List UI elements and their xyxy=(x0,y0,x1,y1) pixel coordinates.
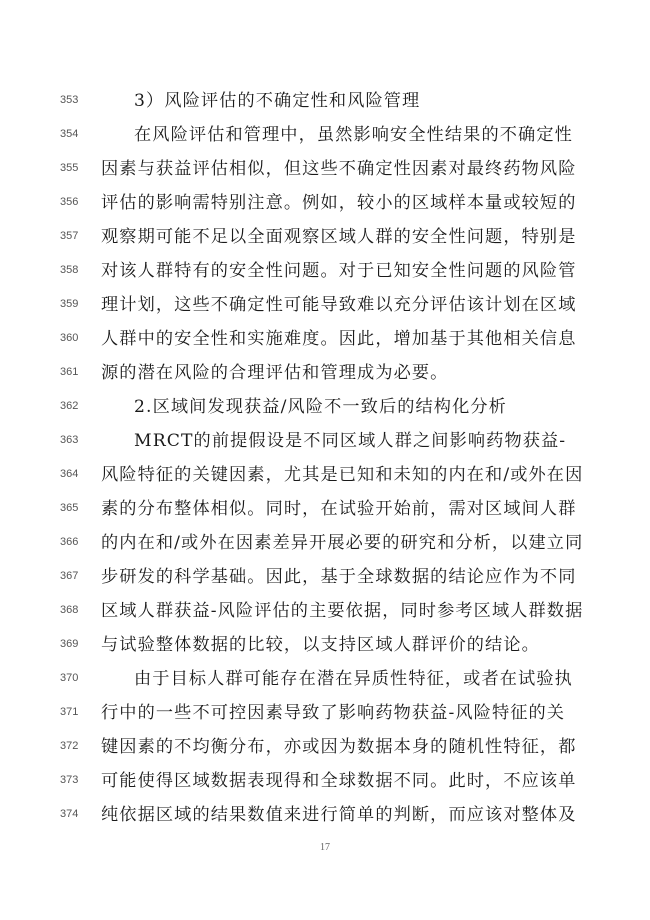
paragraph-text: 由于目标人群可能存在潜在异质性特征，或者在试验执 xyxy=(134,662,634,696)
line-number: 363 xyxy=(60,434,100,446)
paragraph-text: 对该人群特有的安全性问题。对于已知安全性问题的风险管 xyxy=(101,254,601,288)
document-line: 360 人群中的安全性和实施难度。因此，增加基于其他相关信息 xyxy=(0,322,650,356)
paragraph-text: 可能使得区域数据表现得和全球数据不同。此时，不应该单 xyxy=(101,764,601,798)
paragraph-text: 区域人群获益-风险评估的主要依据，同时参考区域人群数据 xyxy=(101,594,601,628)
document-line: 367 步研发的科学基础。因此，基于全球数据的结论应作为不同 xyxy=(0,560,650,594)
paragraph-text: 素的分布整体相似。同时，在试验开始前，需对区域间人群 xyxy=(101,492,601,526)
document-line: 372 键因素的不均衡分布，亦或因为数据本身的随机性特征，都 xyxy=(0,730,650,764)
paragraph-text: 风险特征的关键因素，尤其是已知和未知的内在和/或外在因 xyxy=(101,458,601,492)
document-line: 353 3）风险评估的不确定性和风险管理 xyxy=(0,84,650,118)
line-number: 368 xyxy=(60,604,100,616)
paragraph-text: 键因素的不均衡分布，亦或因为数据本身的随机性特征，都 xyxy=(101,730,601,764)
paragraph-text: 人群中的安全性和实施难度。因此，增加基于其他相关信息 xyxy=(101,322,601,356)
document-line: 356 评估的影响需特别注意。例如，较小的区域样本量或较短的 xyxy=(0,186,650,220)
line-number: 371 xyxy=(60,706,100,718)
document-page: 353 3）风险评估的不确定性和风险管理 354 在风险评估和管理中，虽然影响安… xyxy=(0,0,650,920)
paragraph-text: 在风险评估和管理中，虽然影响安全性结果的不确定性 xyxy=(134,118,634,152)
line-number: 362 xyxy=(60,400,100,412)
document-line: 363 MRCT的前提假设是不同区域人群之间影响药物获益- xyxy=(0,424,650,458)
line-number: 357 xyxy=(60,230,100,242)
line-number: 353 xyxy=(60,94,100,106)
page-number: 17 xyxy=(0,842,650,853)
document-line: 374 纯依据区域的结果数值来进行简单的判断，而应该对整体及 xyxy=(0,798,650,832)
line-number: 373 xyxy=(60,774,100,786)
document-line: 354 在风险评估和管理中，虽然影响安全性结果的不确定性 xyxy=(0,118,650,152)
paragraph-text: 观察期可能不足以全面观察区域人群的安全性问题，特别是 xyxy=(101,220,601,254)
line-number: 361 xyxy=(60,366,100,378)
section-heading: 3）风险评估的不确定性和风险管理 xyxy=(134,84,634,118)
document-line: 371 行中的一些不可控因素导致了影响药物获益-风险特征的关 xyxy=(0,696,650,730)
paragraph-text: 评估的影响需特别注意。例如，较小的区域样本量或较短的 xyxy=(101,186,601,220)
paragraph-text: 因素与获益评估相似，但这些不确定性因素对最终药物风险 xyxy=(101,152,601,186)
document-line: 364 风险特征的关键因素，尤其是已知和未知的内在和/或外在因 xyxy=(0,458,650,492)
document-line: 358 对该人群特有的安全性问题。对于已知安全性问题的风险管 xyxy=(0,254,650,288)
document-line: 365 素的分布整体相似。同时，在试验开始前，需对区域间人群 xyxy=(0,492,650,526)
line-number: 365 xyxy=(60,502,100,514)
section-heading: 2.区域间发现获益/风险不一致后的结构化分析 xyxy=(134,390,634,424)
line-number: 354 xyxy=(60,128,100,140)
document-line: 366 的内在和/或外在因素差异开展必要的研究和分析，以建立同 xyxy=(0,526,650,560)
line-number: 366 xyxy=(60,536,100,548)
document-line: 368 区域人群获益-风险评估的主要依据，同时参考区域人群数据 xyxy=(0,594,650,628)
paragraph-text: 纯依据区域的结果数值来进行简单的判断，而应该对整体及 xyxy=(101,798,601,832)
line-number: 364 xyxy=(60,468,100,480)
document-line: 361 源的潜在风险的合理评估和管理成为必要。 xyxy=(0,356,650,390)
document-line: 370 由于目标人群可能存在潜在异质性特征，或者在试验执 xyxy=(0,662,650,696)
line-number: 370 xyxy=(60,672,100,684)
paragraph-text: MRCT的前提假设是不同区域人群之间影响药物获益- xyxy=(134,424,634,458)
document-line: 357 观察期可能不足以全面观察区域人群的安全性问题，特别是 xyxy=(0,220,650,254)
document-line: 359 理计划，这些不确定性可能导致难以充分评估该计划在区域 xyxy=(0,288,650,322)
paragraph-text: 步研发的科学基础。因此，基于全球数据的结论应作为不同 xyxy=(101,560,601,594)
paragraph-text: 的内在和/或外在因素差异开展必要的研究和分析，以建立同 xyxy=(101,526,601,560)
paragraph-text: 与试验整体数据的比较，以支持区域人群评价的结论。 xyxy=(101,628,601,662)
line-number: 372 xyxy=(60,740,100,752)
line-number: 367 xyxy=(60,570,100,582)
document-line: 362 2.区域间发现获益/风险不一致后的结构化分析 xyxy=(0,390,650,424)
paragraph-text: 理计划，这些不确定性可能导致难以充分评估该计划在区域 xyxy=(101,288,601,322)
paragraph-text: 源的潜在风险的合理评估和管理成为必要。 xyxy=(101,356,601,390)
document-line: 373 可能使得区域数据表现得和全球数据不同。此时，不应该单 xyxy=(0,764,650,798)
line-number: 358 xyxy=(60,264,100,276)
line-number: 355 xyxy=(60,162,100,174)
document-line: 369 与试验整体数据的比较，以支持区域人群评价的结论。 xyxy=(0,628,650,662)
line-number: 374 xyxy=(60,808,100,820)
line-number: 356 xyxy=(60,196,100,208)
line-number: 359 xyxy=(60,298,100,310)
line-number: 360 xyxy=(60,332,100,344)
line-number: 369 xyxy=(60,638,100,650)
document-line: 355 因素与获益评估相似，但这些不确定性因素对最终药物风险 xyxy=(0,152,650,186)
paragraph-text: 行中的一些不可控因素导致了影响药物获益-风险特征的关 xyxy=(101,696,601,730)
